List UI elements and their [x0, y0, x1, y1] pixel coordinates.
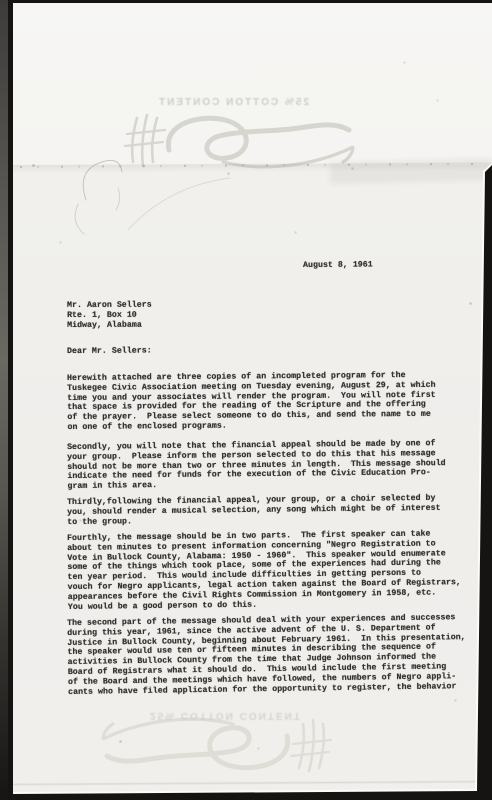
paragraph-2: Secondly, you will note that the financi… [67, 439, 446, 492]
recipient-address: Mr. Aaron Sellers Rte. 1, Box 10 Midway,… [67, 301, 152, 331]
scan-binding-strip [0, 0, 8, 800]
watermark-text-top: 25% COTTON CONTENT [126, 97, 340, 108]
scanned-letter-page: 25% COTTON CONTENT [0, 0, 492, 800]
paragraph-4: Fourthly, the message should be in two p… [67, 529, 461, 612]
paragraph-1: Herewith attached are three copies of an… [67, 371, 436, 433]
salutation: Dear Mr. Sellers: [67, 346, 152, 356]
seam-grain-patch [330, 158, 492, 184]
paragraph-3: Thirdly,following the financial appeal, … [67, 494, 441, 528]
paper-sheet: 25% COTTON CONTENT [0, 0, 492, 800]
paragraph-5: The second part of the message should de… [67, 613, 466, 697]
watermark-text-bottom: 25% COTTON CONTENT [119, 710, 333, 721]
letter-date: August 8, 1961 [303, 261, 373, 271]
watermark-bottom: 25% COTTON CONTENT [98, 710, 353, 788]
pencil-marks [18, 138, 248, 248]
